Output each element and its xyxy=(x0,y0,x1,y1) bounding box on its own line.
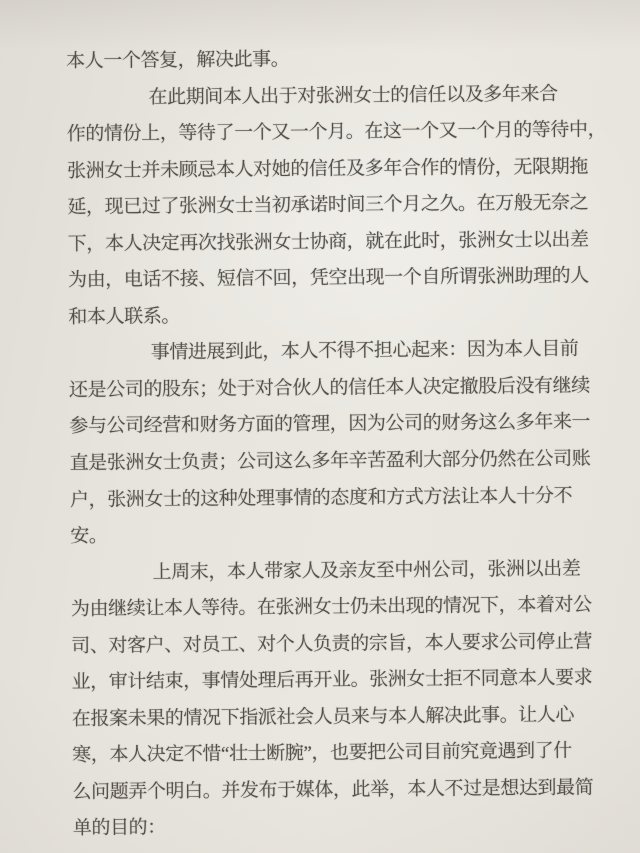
text-line: 张洲女士并未顾忌本人对她的信任及多年合作的情份，无限期拖 xyxy=(67,151,579,192)
text-line: 单的目的： xyxy=(73,809,585,850)
text-line: 为由，电话不接、短信不回，凭空出现一个自所谓张洲助理的人 xyxy=(68,261,580,302)
text-line: 为由继续让本人等待。在张洲女士仍未出现的情况下，本着对公 xyxy=(71,590,583,631)
text-line: 事情进展到此，本人不得不担心起来：因为本人目前 xyxy=(69,334,581,375)
text-line: 延，现已过了张洲女士当初承诺时间三个月之久。在万般无奈之 xyxy=(67,188,579,229)
text-line: 户，张洲女士的这种处理事情的态度和方式方法让本人十分不 xyxy=(70,480,582,521)
document-text-block: 本人一个答复，解决此事。在此期间本人出于对张洲女士的信任以及多年来合作的情份上，… xyxy=(66,42,585,850)
text-line: 么问题弄个明白。并发布于媒体，此举，本人不过是想达到最简 xyxy=(72,772,584,813)
text-line: 寒，本人决定不惜“壮士断腕”，也要把公司目前究竟遇到了什 xyxy=(72,736,584,777)
text-line: 参与公司经营和财务方面的管理，因为公司的财务这么多年来一 xyxy=(69,407,581,448)
text-line: 上周末，本人带家人及亲友至中州公司，张洲以出差 xyxy=(70,553,582,594)
text-line: 还是公司的股东；处于对合伙人的信任本人决定撤股后没有继续 xyxy=(69,370,581,411)
text-line: 司、对客户、对员工、对个人负责的宗旨，本人要求公司停止营 xyxy=(71,626,583,667)
text-line: 在报案未果的情况下指派社会人员来与本人解决此事。让人心 xyxy=(72,699,584,740)
text-line: 下，本人决定再次找张洲女士协商，就在此时，张洲女士以出差 xyxy=(68,224,580,265)
text-line: 直是张洲女士负责；公司这么多年辛苦盈利大部分仍然在公司账 xyxy=(70,444,582,485)
text-line: 业，审计结束，事情处理后再开业。张洲女士拒不同意本人要求 xyxy=(71,663,583,704)
text-line: 在此期间本人出于对张洲女士的信任以及多年来合 xyxy=(66,78,578,119)
text-line: 作的情份上，等待了一个又一个月。在这一个又一个月的等待中， xyxy=(67,115,579,156)
text-line: 本人一个答复，解决此事。 xyxy=(66,42,578,83)
text-line: 安。 xyxy=(70,517,582,558)
document-photo: 本人一个答复，解决此事。在此期间本人出于对张洲女士的信任以及多年来合作的情份上，… xyxy=(0,0,640,853)
text-line: 和本人联系。 xyxy=(68,297,580,338)
